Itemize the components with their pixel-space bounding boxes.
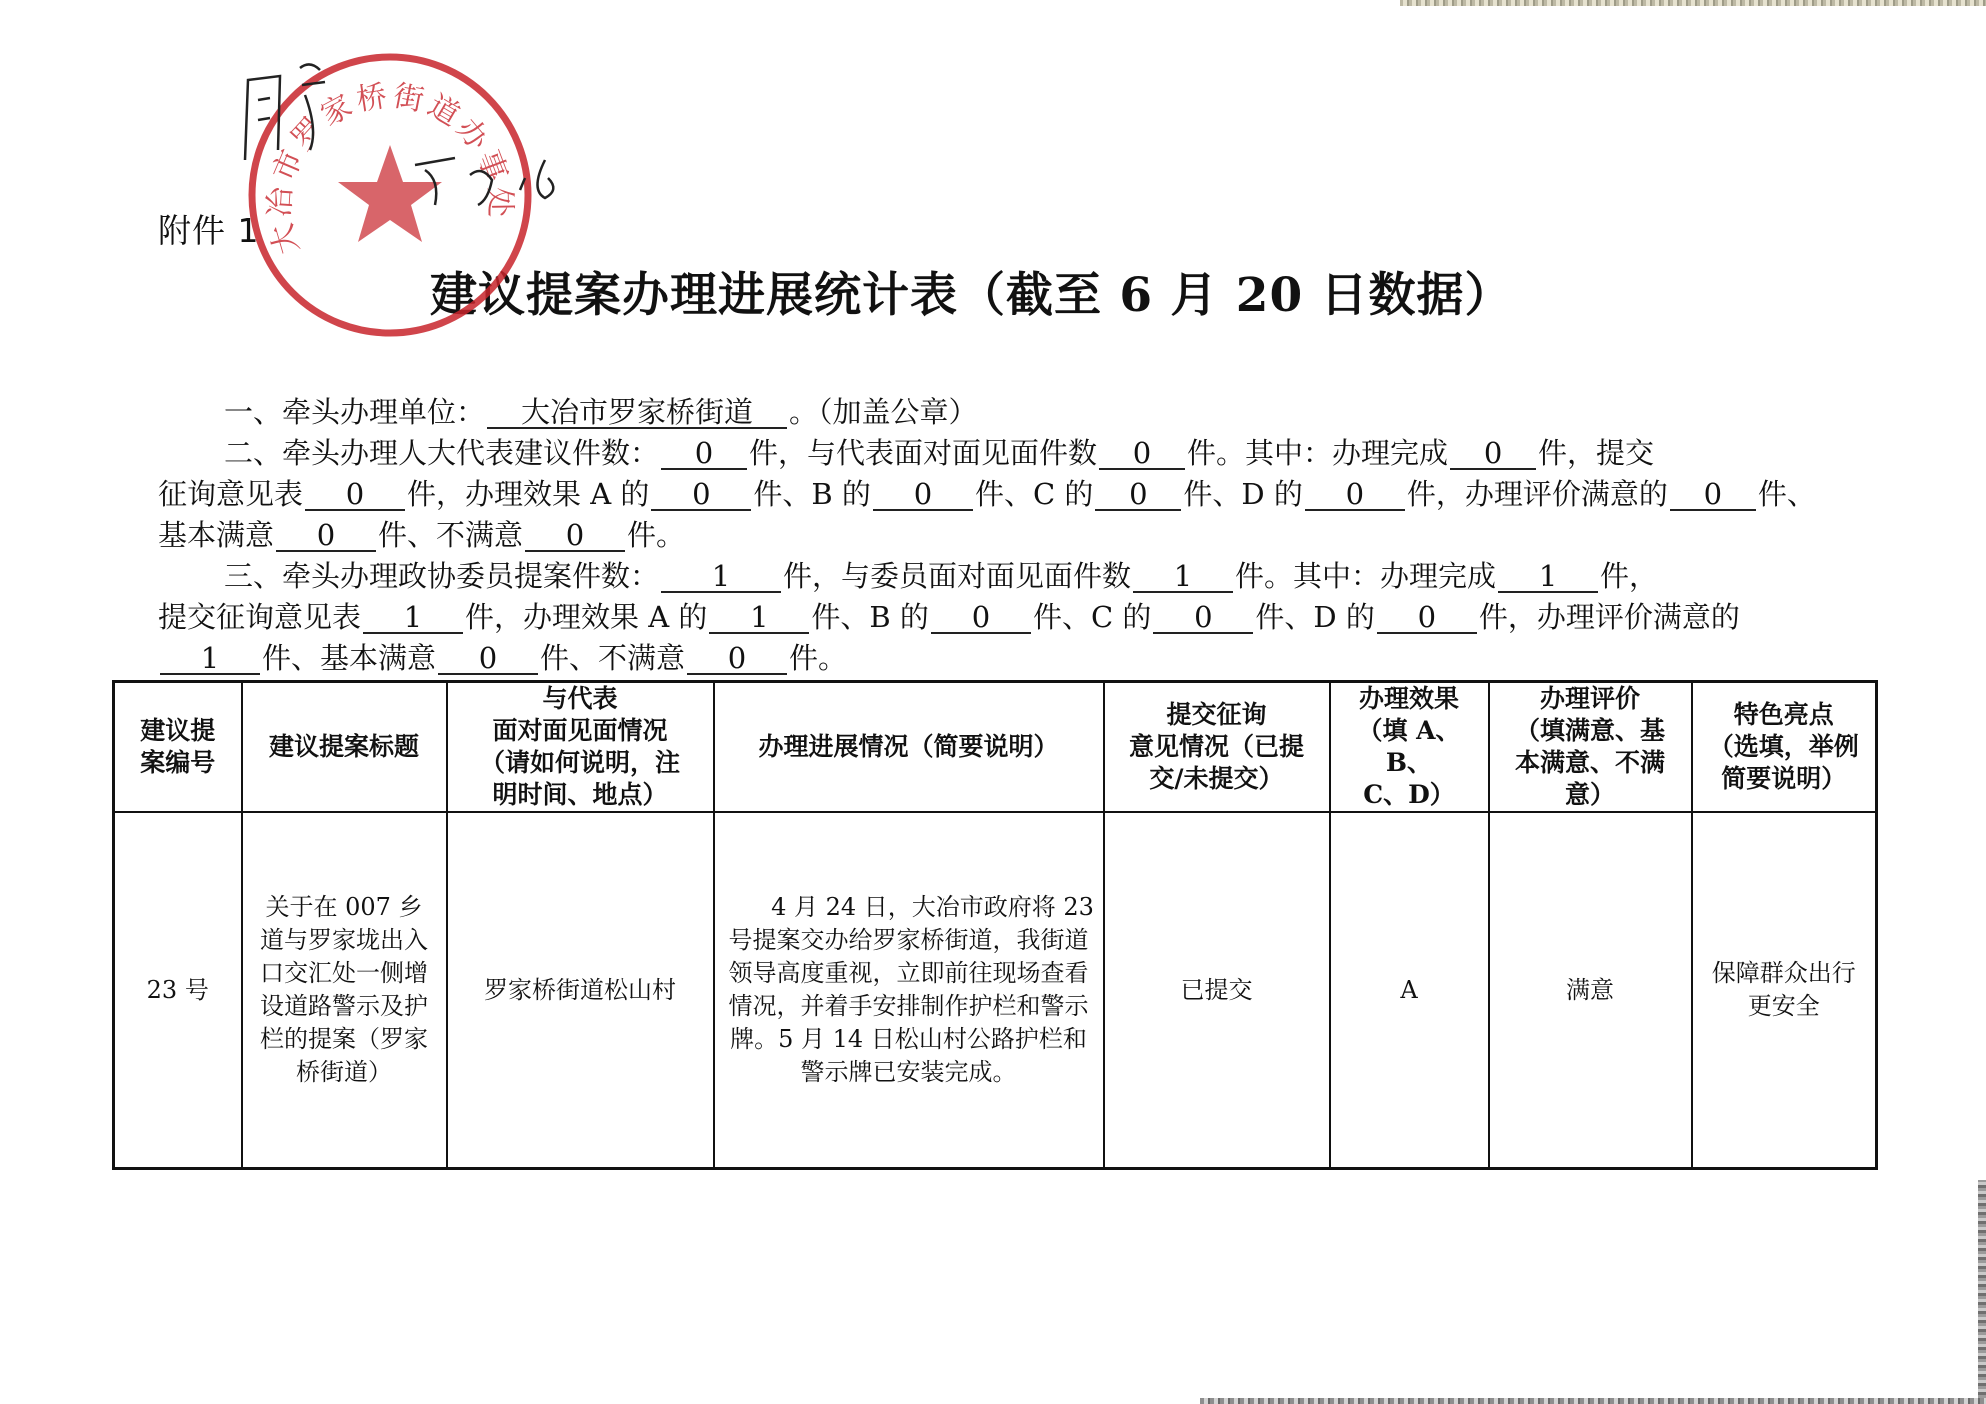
scan-edge-top [1400,0,1986,6]
s3-effect-b: 0 [931,602,1031,634]
s2-end: 件。 [627,518,685,552]
lead-unit-field: 大冶市罗家桥街道 [487,397,787,429]
scan-edge-bottom [1200,1398,1986,1404]
s3-basic-label: 件、基本满意 [262,641,436,675]
s2-completed-label: 件。其中：办理完成 [1187,436,1448,470]
svg-text:大冶市罗家桥街道办事处: 大冶市罗家桥街道办事处 [262,78,517,258]
s2-submitted-label-b: 征询意见表 [158,477,303,511]
s2-submitted-label-a: 件，提交 [1538,436,1654,470]
table-row: 23 号 关于在 007 乡道与罗家垅出入口交汇处一侧增设道路警示及护栏的提案（… [114,812,1877,1169]
s2-satisfied-label: 件，办理评价满意的 [1407,477,1668,511]
section-2-line-2: 征询意见表0件，办理效果 A 的0件、B 的0件、C 的0件、D 的0件，办理评… [158,474,1838,515]
s3-satisfied-label: 件，办理评价满意的 [1479,600,1740,634]
s3-basic: 0 [438,643,538,675]
cell-highlight: 保障群众出行更安全 [1692,812,1877,1169]
s2-effect-c-label: 件、C 的 [975,477,1093,511]
attachment-label: 附件 1 [158,205,260,252]
s3-completed-end: 件， [1600,559,1658,593]
scan-edge-right [1978,1180,1986,1404]
s2-prefix: 二、牵头办理人大代表建议件数： [224,436,659,470]
s2-completed: 0 [1450,438,1536,470]
s3-completed: 1 [1498,561,1598,593]
s2-satisfied: 0 [1670,479,1756,511]
s3-effect-d-label: 件、D 的 [1255,600,1374,634]
s2-effect-c: 0 [1095,479,1181,511]
s2-submitted: 0 [305,479,405,511]
s2-face-to-face: 0 [1099,438,1185,470]
s3-unsatisfied-label: 件、不满意 [540,641,685,675]
section-2-line-3: 基本满意0件、不满意0件。 [158,515,1838,556]
header-title: 建议提案标题 [242,682,447,813]
s3-effect-a: 1 [709,602,809,634]
section-1-suffix: 。（加盖公章） [789,395,978,429]
s2-basic: 0 [276,520,376,552]
s3-effect-c: 0 [1153,602,1253,634]
s3-total: 1 [661,561,781,593]
s2-effect-b-label: 件、B 的 [753,477,871,511]
section-1: 一、牵头办理单位：大冶市罗家桥街道。（加盖公章） [158,392,1838,433]
s3-unsatisfied: 0 [687,643,787,675]
s2-effect-d: 0 [1305,479,1405,511]
cell-progress: 4 月 24 日，大冶市政府将 23 号提案交办给罗家桥街道，我街道领导高度重视… [714,812,1104,1169]
s3-end: 件。 [789,641,847,675]
document-title: 建议提案办理进展统计表（截至 6 月 20 日数据） [430,258,1513,325]
header-effect: 办理效果（填 A、B、C、D） [1330,682,1489,813]
s2-basic-label-a: 件、 [1758,477,1816,511]
table-header-row: 建议提案编号 建议提案标题 与代表面对面见面情况（请如何说明，注明时间、地点） … [114,682,1877,813]
s2-effect-a-label: 件，办理效果 A 的 [407,477,649,511]
section-2: 二、牵头办理人大代表建议件数：0件，与代表面对面见面件数0件。其中：办理完成0件… [158,433,1838,474]
cell-evaluation: 满意 [1489,812,1692,1169]
s2-effect-a: 0 [651,479,751,511]
s3-effect-c-label: 件、C 的 [1033,600,1151,634]
cell-meeting: 罗家桥街道松山村 [447,812,714,1169]
cell-number: 23 号 [114,812,242,1169]
s2-basic-label-b: 基本满意 [158,518,274,552]
s3-face-to-face: 1 [1133,561,1233,593]
header-progress: 办理进展情况（简要说明） [714,682,1104,813]
s3-prefix: 三、牵头办理政协委员提案件数： [224,559,659,593]
progress-table: 建议提案编号 建议提案标题 与代表面对面见面情况（请如何说明，注明时间、地点） … [112,680,1878,1170]
s3-satisfied: 1 [160,643,260,675]
s3-submitted: 1 [363,602,463,634]
header-meeting: 与代表面对面见面情况（请如何说明，注明时间、地点） [447,682,714,813]
s3-effect-a-label: 件，办理效果 A 的 [465,600,707,634]
s3-completed-label: 件。其中：办理完成 [1235,559,1496,593]
s2-f2f-label: 件，与代表面对面见面件数 [749,436,1097,470]
s3-effect-d: 0 [1377,602,1477,634]
cell-effect: A [1330,812,1489,1169]
header-highlight: 特色亮点（选填，举例简要说明） [1692,682,1877,813]
header-number: 建议提案编号 [114,682,242,813]
section-3-line-2: 提交征询意见表1件，办理效果 A 的1件、B 的0件、C 的0件、D 的0件，办… [158,597,1838,638]
header-submitted: 提交征询意见情况（已提交/未提交） [1104,682,1330,813]
header-evaluation: 办理评价（填满意、基本满意、不满意） [1489,682,1692,813]
handwritten-signature [230,40,590,230]
s2-effect-d-label: 件、D 的 [1183,477,1302,511]
cell-submitted: 已提交 [1104,812,1330,1169]
s2-effect-b: 0 [873,479,973,511]
s2-unsatisfied: 0 [525,520,625,552]
section-3: 三、牵头办理政协委员提案件数：1件，与委员面对面见面件数1件。其中：办理完成1件… [158,556,1838,597]
s2-unsatisfied-label: 件、不满意 [378,518,523,552]
s2-total: 0 [661,438,747,470]
section-1-label: 一、牵头办理单位： [224,395,485,429]
s3-f2f-label: 件，与委员面对面见面件数 [783,559,1131,593]
star-icon [338,145,442,242]
s3-effect-b-label: 件、B 的 [811,600,929,634]
cell-title: 关于在 007 乡道与罗家垅出入口交汇处一侧增设道路警示及护栏的提案（罗家桥街道… [242,812,447,1169]
s3-submitted-label: 提交征询意见表 [158,600,361,634]
section-3-line-3: 1件、基本满意0件、不满意0件。 [158,638,1838,679]
